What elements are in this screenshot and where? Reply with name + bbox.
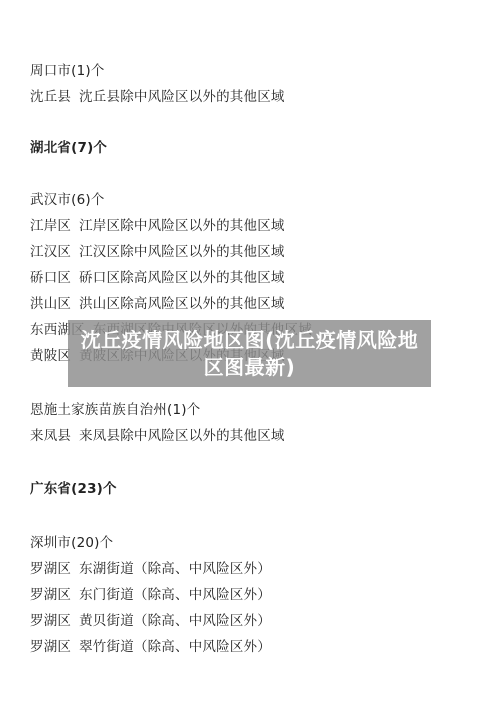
city-heading-shenzhen: 深圳市(20)个	[30, 534, 113, 552]
province-heading-guangdong: 广东省(23)个	[30, 480, 117, 498]
area-row: 罗湖区黄贝街道（除高、中风险区外）	[30, 612, 271, 630]
title-overlay-banner: 沈丘疫情风险地区图(沈丘疫情风险地区图最新)	[68, 320, 431, 387]
area-row: 硚口区硚口区除高风险区以外的其他区域	[30, 269, 285, 287]
banner-title: 沈丘疫情风险地区图(沈丘疫情风险地区图最新)	[68, 327, 431, 381]
area-desc: 东湖街道（除高、中风险区外）	[79, 561, 271, 577]
area-desc: 江岸区除中风险区以外的其他区域	[79, 218, 285, 234]
area-row: 江岸区江岸区除中风险区以外的其他区域	[30, 217, 285, 235]
area-name: 硚口区	[30, 270, 71, 286]
area-desc: 东门街道（除高、中风险区外）	[79, 587, 271, 603]
area-row: 罗湖区东门街道（除高、中风险区外）	[30, 586, 271, 604]
area-desc: 翠竹街道（除高、中风险区外）	[79, 639, 271, 655]
area-name: 黄陂区	[30, 348, 71, 364]
area-row: 江汉区江汉区除中风险区以外的其他区域	[30, 243, 285, 261]
area-name: 罗湖区	[30, 639, 71, 655]
area-row: 罗湖区东湖街道（除高、中风险区外）	[30, 560, 271, 578]
area-desc: 黄贝街道（除高、中风险区外）	[79, 613, 271, 629]
city-heading-wuhan: 武汉市(6)个	[30, 191, 105, 209]
city-heading-zhoukou: 周口市(1)个	[30, 62, 105, 80]
area-name: 沈丘县	[30, 89, 71, 105]
area-row: 沈丘县沈丘县除中风险区以外的其他区域	[30, 88, 285, 106]
area-row: 罗湖区翠竹街道（除高、中风险区外）	[30, 638, 271, 656]
area-name: 来凤县	[30, 428, 71, 444]
area-name: 洪山区	[30, 296, 71, 312]
area-desc: 洪山区除高风险区以外的其他区域	[79, 296, 285, 312]
area-name: 罗湖区	[30, 561, 71, 577]
area-row: 来凤县来凤县除中风险区以外的其他区域	[30, 427, 285, 445]
area-row: 洪山区洪山区除高风险区以外的其他区域	[30, 295, 285, 313]
area-desc: 硚口区除高风险区以外的其他区域	[79, 270, 285, 286]
city-heading-enshi: 恩施土家族苗族自治州(1)个	[30, 401, 200, 419]
area-name: 罗湖区	[30, 613, 71, 629]
area-desc: 来凤县除中风险区以外的其他区域	[79, 428, 285, 444]
area-name: 江岸区	[30, 218, 71, 234]
area-name: 江汉区	[30, 244, 71, 260]
area-name: 罗湖区	[30, 587, 71, 603]
area-desc: 江汉区除中风险区以外的其他区域	[79, 244, 285, 260]
province-heading-hubei: 湖北省(7)个	[30, 139, 107, 157]
area-desc: 沈丘县除中风险区以外的其他区域	[79, 89, 285, 105]
